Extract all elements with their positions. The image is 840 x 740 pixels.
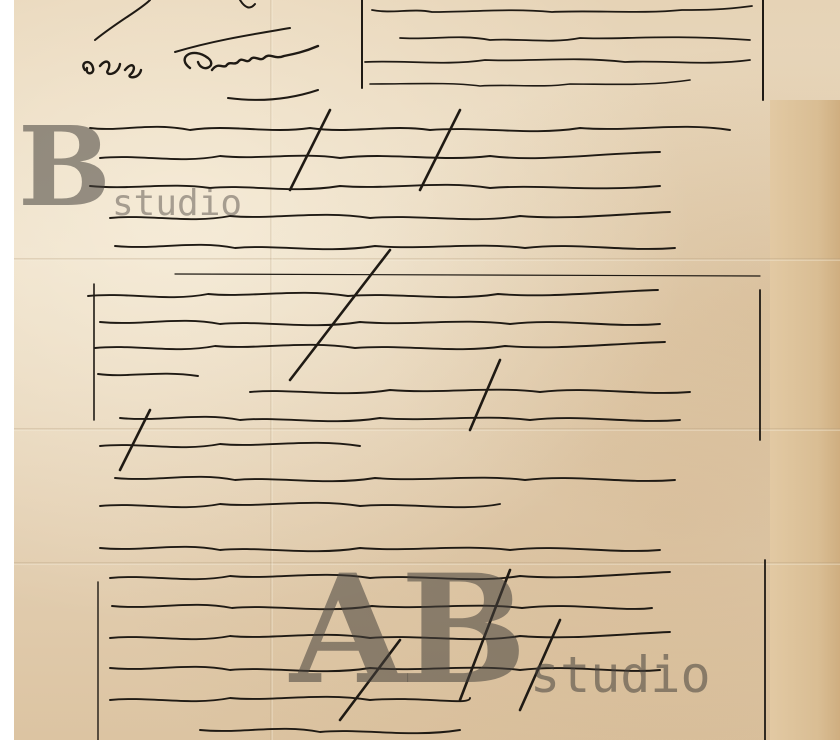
- watermark-studio-text-large: studio: [530, 650, 711, 700]
- watermark-logo-letter: B: [18, 112, 111, 222]
- watermark-studio-text: studio: [112, 186, 242, 222]
- watermark-logo-letters: AB: [290, 555, 521, 705]
